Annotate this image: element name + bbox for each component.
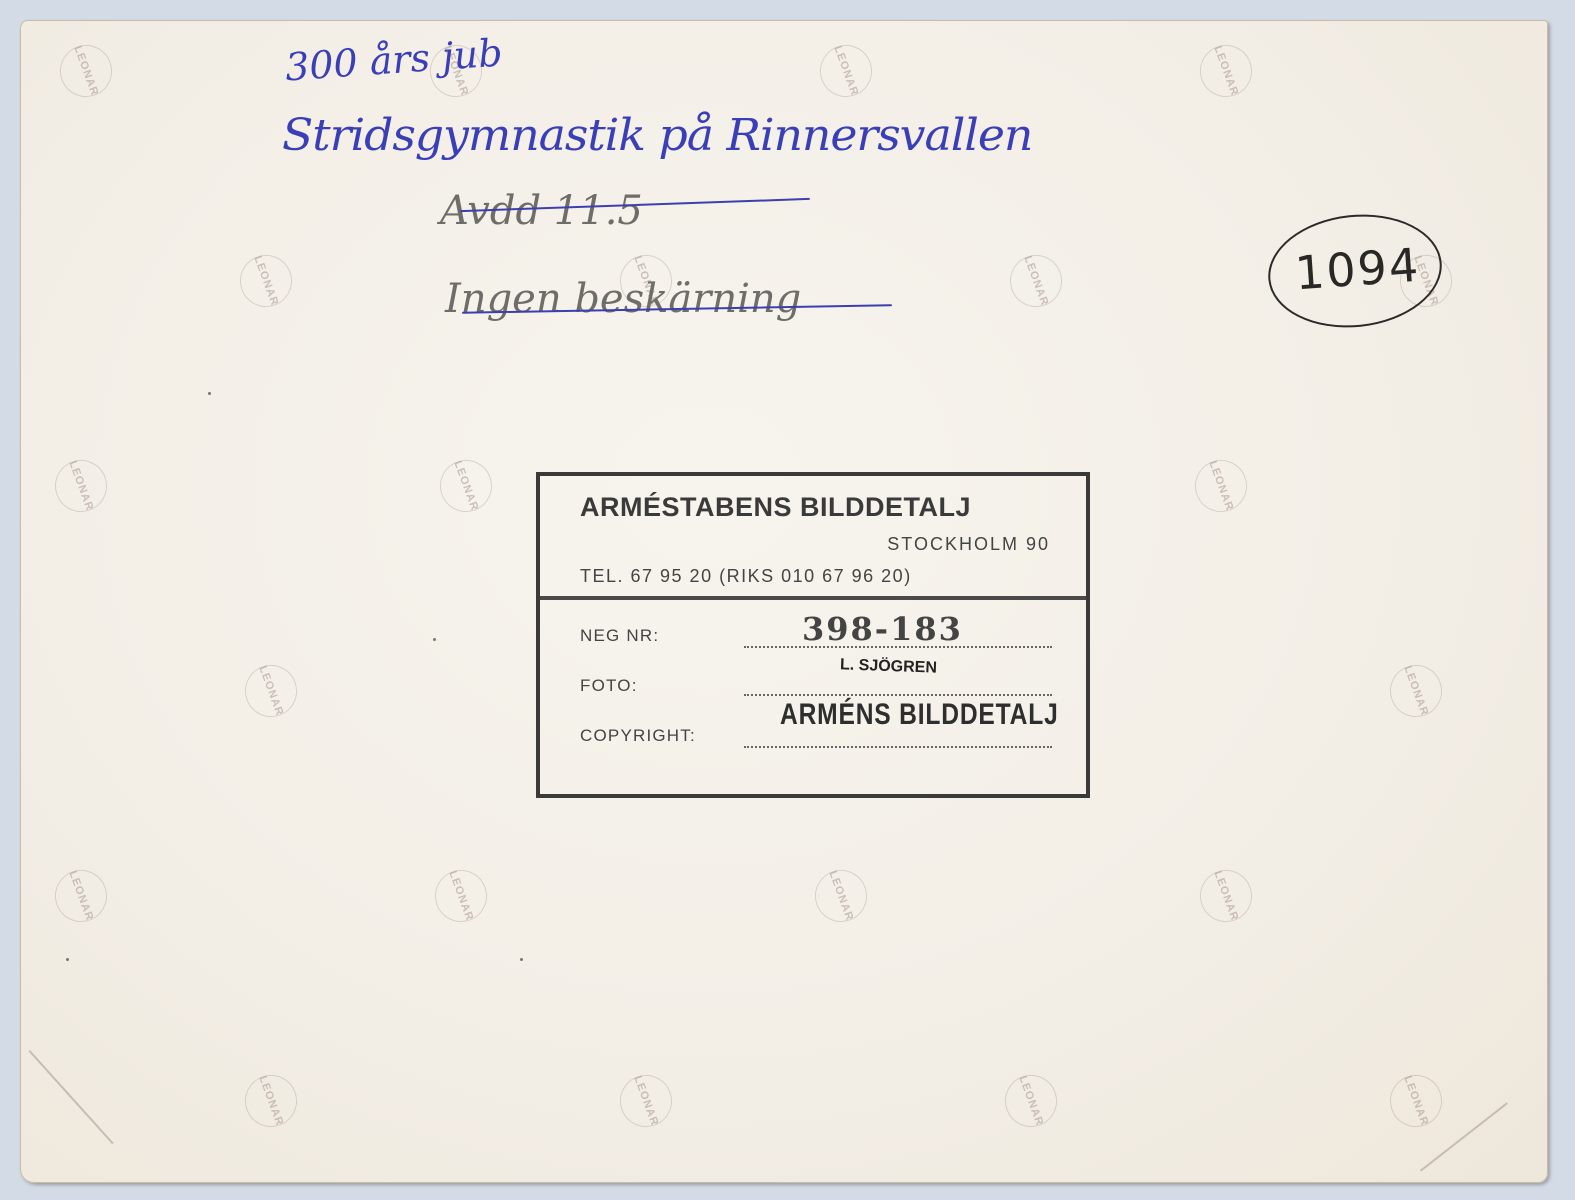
leonar-watermark: LEONAR xyxy=(233,248,300,315)
stamp-divider xyxy=(540,596,1086,600)
leonar-watermark: LEONAR xyxy=(1193,38,1260,105)
stamp-organization: ARMÉSTABENS BILDDETALJ xyxy=(580,492,971,523)
leonar-watermark: LEONAR xyxy=(238,658,305,725)
leonar-watermark: LEONAR xyxy=(1193,863,1260,930)
copyright-value: ARMÉNS BILDDETALJ xyxy=(780,698,1059,732)
foto-label: FOTO: xyxy=(580,676,638,696)
leonar-watermark: LEONAR xyxy=(48,453,115,520)
foto-value: L. SJÖGREN xyxy=(840,656,937,677)
leonar-watermark: LEONAR xyxy=(813,38,880,105)
leonar-watermark: LEONAR xyxy=(998,1068,1065,1135)
foto-dotted-line xyxy=(744,694,1052,696)
stamp-city: STOCKHOLM 90 xyxy=(887,534,1050,555)
leonar-watermark: LEONAR xyxy=(808,863,875,930)
paper-speck xyxy=(520,958,523,961)
paper-speck xyxy=(208,392,211,395)
handwritten-caption: Stridsgymnastik på Rinnersvallen xyxy=(282,110,1032,161)
leonar-watermark: LEONAR xyxy=(1188,453,1255,520)
archive-stamp: ARMÉSTABENS BILDDETALJ STOCKHOLM 90 TEL.… xyxy=(536,472,1090,798)
leonar-watermark: LEONAR xyxy=(428,863,495,930)
corner-crease-bottom-left xyxy=(29,1050,114,1144)
circled-archive-number: 1094 xyxy=(1293,238,1422,301)
copyright-dotted-line xyxy=(744,746,1052,748)
stamp-telephone: TEL. 67 95 20 (RIKS 010 67 96 20) xyxy=(580,566,912,587)
leonar-watermark: LEONAR xyxy=(48,863,115,930)
paper-speck xyxy=(433,638,436,641)
leonar-watermark: LEONAR xyxy=(433,453,500,520)
leonar-watermark: LEONAR xyxy=(613,1068,680,1135)
leonar-watermark: LEONAR xyxy=(1003,248,1070,315)
paper-speck xyxy=(66,958,69,961)
copyright-label: COPYRIGHT: xyxy=(580,726,696,746)
leonar-watermark: LEONAR xyxy=(238,1068,305,1135)
neg-nr-label: NEG NR: xyxy=(580,626,659,646)
leonar-watermark: LEONAR xyxy=(1383,1068,1450,1135)
leonar-watermark: LEONAR xyxy=(53,38,120,105)
leonar-watermark: LEONAR xyxy=(1383,658,1450,725)
neg-nr-value: 398-183 xyxy=(802,610,963,648)
handwritten-struck-note-2: Ingen beskärning xyxy=(445,276,801,322)
